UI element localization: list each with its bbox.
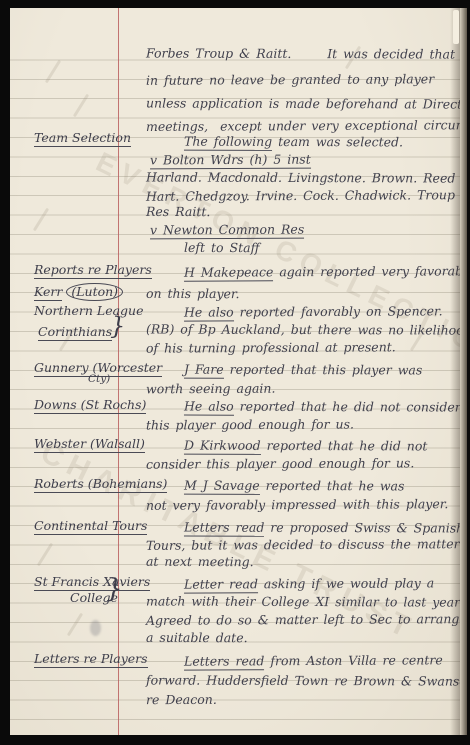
margin-heading-label: Northern League — [34, 303, 144, 318]
minute-text: reported that he did not consider — [234, 399, 460, 415]
minute-line: D Kirkwood reported that he did not — [184, 438, 427, 454]
underlined-phrase: D Kirkwood — [184, 438, 261, 455]
minute-line: this player good enough for us. — [146, 416, 354, 432]
minute-text: Hart. Chedgzoy. Irvine. Cock. Chadwick. … — [146, 187, 455, 204]
minute-text: not very favorably impressed with this p… — [146, 496, 448, 513]
minute-text: reported that this player was — [224, 362, 423, 378]
minute-line: of his turning professional at present. — [146, 339, 396, 355]
minute-line: Tours, but it was decided to discuss the… — [146, 536, 460, 553]
minute-line: match with their College XI similar to l… — [146, 593, 460, 609]
minute-text: this player good enough for us. — [146, 416, 354, 432]
minute-line: v Bolton Wdrs (h) 5 inst — [150, 152, 311, 168]
minute-line: Forbes Troup & Raitt. It was decided tha… — [146, 45, 455, 61]
minute-line: meetings, except under very exceptional … — [146, 117, 460, 134]
minute-line: Harland. Macdonald. Livingstone. Brown. … — [146, 169, 455, 185]
margin-heading-label: Roberts (Bohemians) — [34, 476, 167, 493]
minute-line: Letters read re proposed Swiss & Spanish — [184, 520, 460, 536]
minute-line: Hart. Chedgzoy. Irvine. Cock. Chadwick. … — [146, 187, 455, 204]
minute-text: reported favorably on Spencer. — [234, 303, 443, 319]
next-page-edge — [460, 8, 467, 735]
minute-line: unless application is made beforehand at… — [146, 95, 460, 111]
minute-line: v Newton Common Res — [150, 222, 304, 238]
minute-line: The following team was selected. — [184, 134, 403, 150]
minute-line: Letters read from Aston Villa re centre — [184, 652, 443, 668]
page-corner-curl — [453, 10, 459, 44]
margin-heading-label: Team Selection — [34, 130, 131, 147]
minute-text: re Deacon. — [146, 692, 217, 707]
underlined-phrase: Letter read — [184, 576, 258, 593]
minute-line: (RB) of Bp Auckland, but there was no li… — [146, 321, 460, 337]
minute-line: Res Raitt. — [146, 204, 210, 219]
minute-text: team was selected. — [272, 134, 403, 149]
minute-line: He also reported that he did not conside… — [184, 399, 460, 415]
curly-brace: } — [106, 574, 123, 604]
underlined-phrase: M J Savage — [184, 478, 260, 495]
minute-line: J Fare reported that this player was — [184, 362, 422, 378]
margin-heading-label: Downs (St Rochs) — [34, 397, 146, 414]
margin-heading-label: Letters re Players — [34, 651, 148, 668]
minute-text: Forbes Troup & Raitt. It was decided tha… — [146, 45, 455, 61]
underlined-phrase: v Newton Common Res — [150, 222, 304, 240]
minute-text: consider this player good enough for us. — [146, 455, 414, 471]
minute-line: worth seeing again. — [146, 381, 275, 397]
margin-heading-letters-re-players: Letters re Players — [34, 651, 148, 666]
underlined-phrase: Letters read — [184, 653, 264, 670]
underlined-phrase: H Makepeace — [184, 264, 273, 281]
minute-line: Letter read asking if we would play a — [184, 575, 434, 591]
minute-text: at next meeting. — [146, 554, 254, 569]
margin-heading-downs-st-rochs: Downs (St Rochs) — [34, 397, 146, 412]
minute-text: re proposed Swiss & Spanish — [264, 520, 460, 536]
minute-line: at next meeting. — [146, 554, 254, 569]
minute-text: Tours, but it was decided to discuss the… — [146, 536, 460, 553]
minute-text: unless application is made beforehand at… — [146, 95, 460, 111]
minute-line: re Deacon. — [146, 692, 217, 707]
underlined-phrase: The following — [184, 134, 272, 151]
minute-line: a suitable date. — [146, 630, 248, 645]
margin-heading-label: Corinthians — [38, 324, 112, 341]
minute-text: of his turning professional at present. — [146, 339, 396, 355]
margin-heading-label: Kerr — [34, 284, 62, 301]
minute-text: match with their College XI similar to l… — [146, 593, 460, 609]
margin-heading-label: Continental Tours — [34, 518, 147, 535]
minute-line: M J Savage reported that he was — [184, 478, 405, 494]
minute-text: Agreed to do so & matter left to Sec to … — [146, 611, 460, 628]
minute-text: from Aston Villa re centre — [264, 652, 442, 668]
minute-text: again reported very favorably — [273, 263, 460, 279]
margin-heading-label: Reports re Players — [34, 262, 152, 279]
margin-heading-label: Webster (Walsall) — [34, 436, 145, 453]
margin-heading-northern-league: Northern League — [34, 303, 144, 318]
margin-heading-label: St Francis Xaviers — [34, 574, 150, 591]
minute-line: forward. Huddersfield Town re Brown & Sw… — [146, 672, 460, 688]
margin-heading-reports-re-players: Reports re Players — [34, 262, 152, 277]
underlined-phrase: He also — [184, 304, 234, 321]
minute-line: on this player. — [146, 286, 240, 301]
minute-text: reported that he did not — [261, 438, 428, 454]
page-edge-shadow — [450, 8, 460, 735]
minute-text: left to Staff — [184, 240, 259, 255]
margin-heading-st-francis-xaviers: St Francis Xaviers — [34, 574, 150, 589]
margin-heading-webster-walsall: Webster (Walsall) — [34, 436, 145, 451]
manuscript-page: EVERTON COLLECTION CHARITABLE TRUST Team… — [10, 8, 460, 735]
margin-heading-continental-tours: Continental Tours — [34, 518, 147, 533]
minute-line: left to Staff — [184, 240, 259, 255]
underlined-phrase: He also — [184, 399, 234, 416]
curly-brace: } — [110, 312, 125, 340]
minute-line: consider this player good enough for us. — [146, 455, 414, 471]
margin-heading-roberts-bohemians: Roberts (Bohemians) — [34, 476, 167, 491]
minute-text: Res Raitt. — [146, 204, 210, 219]
margin-heading-team-selection: Team Selection — [34, 130, 131, 145]
underlined-phrase: J Fare — [184, 362, 224, 379]
minute-text: in future no leave be granted to any pla… — [146, 71, 434, 88]
minute-text: forward. Huddersfield Town re Brown & Sw… — [146, 672, 460, 688]
minute-text: reported that he was — [260, 478, 405, 494]
underlined-phrase: v Bolton Wdrs (h) 5 inst — [150, 152, 311, 170]
margin-heading-corinthians: Corinthians — [38, 324, 112, 339]
margin-heading-kerr-luton: Kerr (Luton) — [34, 284, 123, 299]
minute-text: meetings, except under very exceptional … — [146, 117, 460, 134]
underlined-phrase: Letters read — [184, 520, 264, 537]
minute-line: Agreed to do so & matter left to Sec to … — [146, 611, 460, 628]
margin-heading-label: Cty) — [88, 373, 110, 385]
minute-line: He also reported favorably on Spencer. — [184, 303, 443, 319]
minute-line: H Makepeace again reported very favorabl… — [184, 263, 460, 280]
circled-annotation: (Luton) — [66, 283, 123, 301]
scanned-minute-book-photo: { "document_kind": "handwritten minute b… — [0, 0, 470, 745]
margin-heading-gunnery-sub: Cty) — [88, 373, 110, 385]
minute-text: a suitable date. — [146, 630, 248, 645]
minute-text: (RB) of Bp Auckland, but there was no li… — [146, 321, 460, 337]
minute-text: Harland. Macdonald. Livingstone. Brown. … — [146, 169, 455, 185]
minute-text: asking if we would play a — [258, 575, 434, 591]
minute-line: in future no leave be granted to any pla… — [146, 71, 434, 88]
minute-line: not very favorably impressed with this p… — [146, 496, 448, 513]
ink-smudge — [90, 620, 101, 636]
minute-text: worth seeing again. — [146, 381, 275, 397]
minute-text: on this player. — [146, 286, 240, 301]
